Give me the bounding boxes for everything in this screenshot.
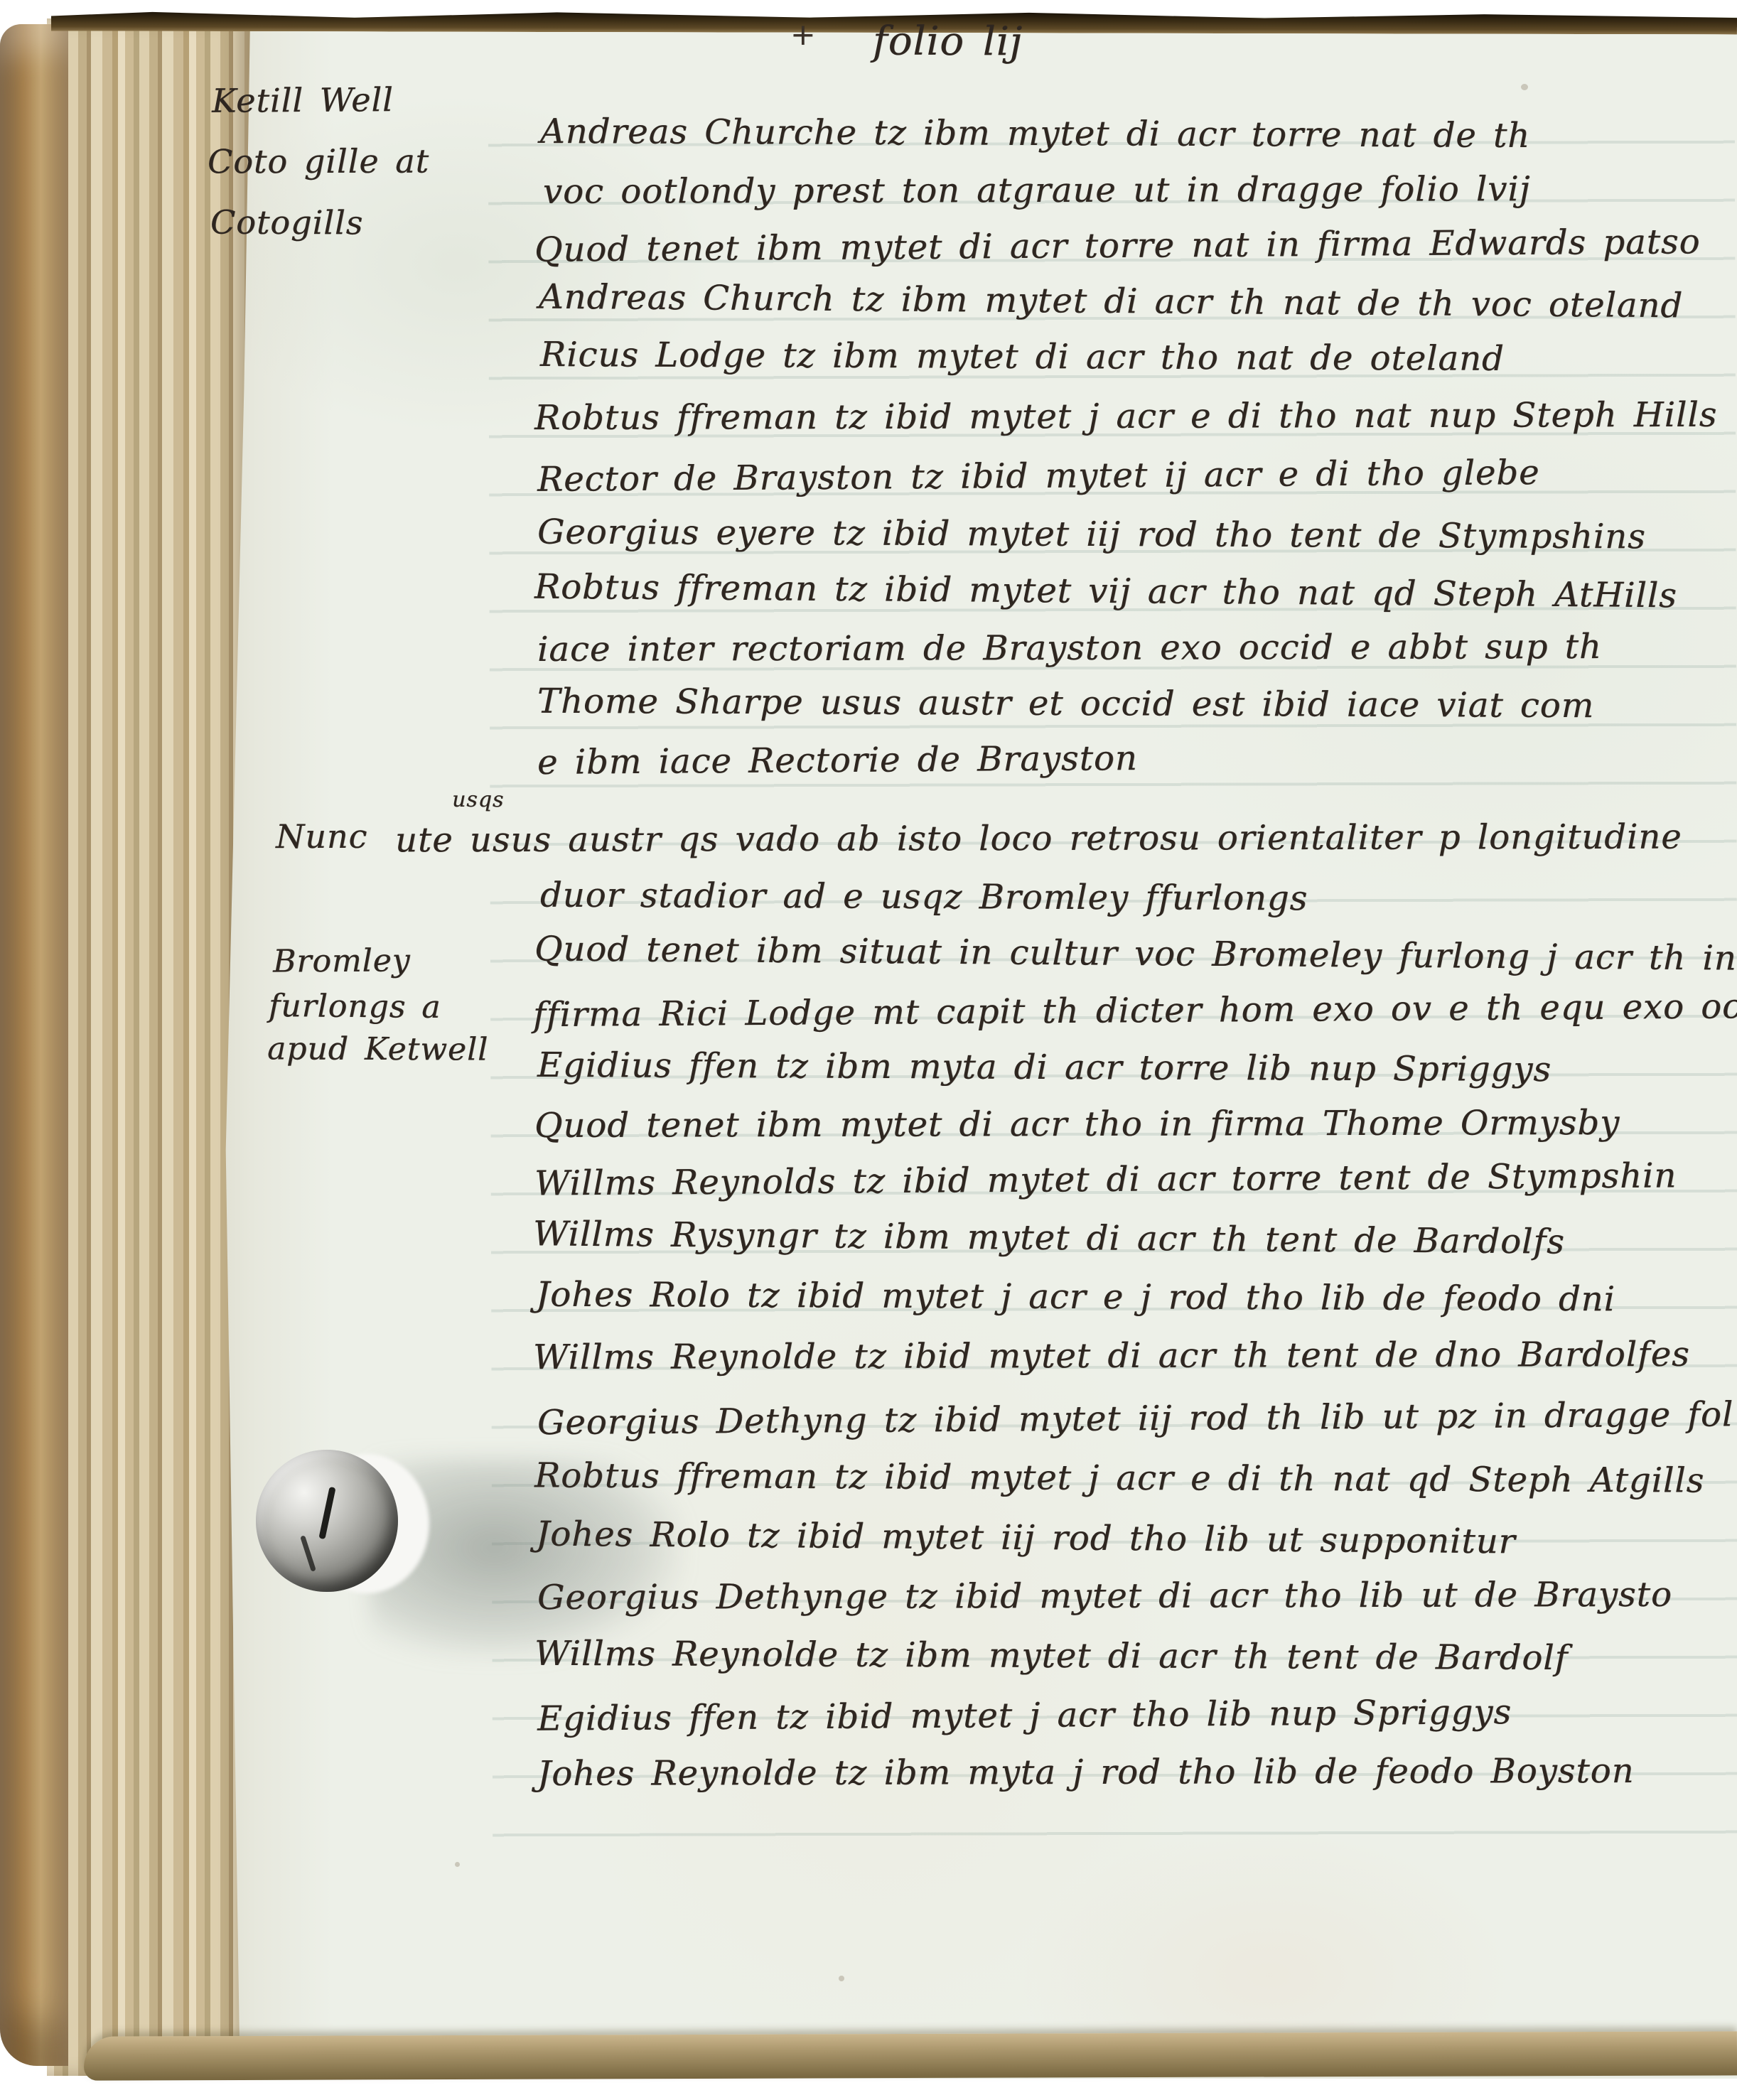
main-text-line: Willms Reynolde tz ibid mytet di acr th … <box>533 1333 1690 1379</box>
fox-spot <box>455 1862 460 1867</box>
main-text-line: Quod tenet ibm mytet di acr torre nat in… <box>534 220 1701 271</box>
stacked-leaf-edges <box>47 18 250 2076</box>
fox-spot <box>1521 84 1528 90</box>
main-text-line: Willms Reynolds tz ibid mytet di acr tor… <box>534 1154 1677 1205</box>
margin-note-bromley-line: furlongs a <box>269 987 441 1027</box>
main-text-line: Egidius ffen tz ibm myta di acr torre li… <box>537 1044 1552 1091</box>
main-text-line: Andreas Churche tz ibm mytet di acr torr… <box>540 110 1530 157</box>
main-text-line: Robtus ffreman tz ibid mytet j acr e di … <box>534 1454 1705 1502</box>
main-text-line: Robtus ffreman tz ibid mytet vij acr tho… <box>534 566 1677 618</box>
main-text-line: Georgius eyere tz ibid mytet iij rod tho… <box>537 511 1646 559</box>
main-text-line: voc ootlondy prest ton atgraue ut in dra… <box>543 168 1531 213</box>
manuscript-page-photo: + folio lij Ketill Well Coto gille at Co… <box>0 0 1737 2100</box>
main-text-line: Georgius Dethynge tz ibid mytet di acr t… <box>537 1573 1672 1619</box>
main-text-line: Quod tenet ibm mytet di acr tho in firma… <box>534 1102 1620 1147</box>
main-text-line: Johes Rolo tz ibid mytet iij rod tho lib… <box>536 1513 1516 1563</box>
margin-note-nunc: Nunc <box>276 816 367 857</box>
main-text-line: Willms Rysyngr tz ibm mytet di acr th te… <box>533 1212 1565 1263</box>
fox-spot <box>839 1976 844 1981</box>
bottom-page-edge <box>84 2031 1737 2080</box>
margin-note-cotohills-line: Coto gille at <box>208 141 429 183</box>
main-text-line: Willms Reynolde tz ibm mytet di acr th t… <box>534 1632 1569 1679</box>
main-text-line: ute usus austr qs vado ab isto loco retr… <box>395 816 1682 862</box>
main-text-line: Thome Sharpe usus austr et occid est ibi… <box>537 680 1594 727</box>
main-text-line: e ibm iace Rectorie de Brayston <box>537 737 1138 784</box>
main-text-line: iace inter rectoriam de Brayston exo occ… <box>537 625 1602 671</box>
main-text-line: Rector de Brayston tz ibid mytet ij acr … <box>537 451 1540 501</box>
top-cross-mark: + <box>790 17 816 52</box>
main-text-line: Egidius ffen tz ibid mytet j acr tho lib… <box>537 1691 1512 1740</box>
main-text-line: Johes Reynolde tz ibm myta j rod tho lib… <box>537 1750 1635 1795</box>
margin-note-cotohills-line: Cotogills <box>210 202 364 244</box>
margin-note-bromley-line: apud Ketwell <box>267 1030 488 1069</box>
main-text-line: Robtus ffreman tz ibid mytet j acr e di … <box>534 394 1717 439</box>
main-text-line: Johes Rolo tz ibid mytet j acr e j rod t… <box>536 1274 1615 1321</box>
main-text-line: Ricus Lodge tz ibm mytet di acr tho nat … <box>540 333 1505 380</box>
main-text-line: Georgius Dethyng tz ibid mytet iij rod t… <box>537 1393 1737 1444</box>
main-text-line: ffirma Rici Lodge mt capit th dicter hom… <box>533 985 1737 1036</box>
metal-boss-stud <box>256 1450 398 1592</box>
margin-note-bromley-line: Bromley <box>273 942 411 981</box>
interlinear-insertion: usqs <box>452 787 504 812</box>
folio-label: folio lij <box>873 18 1023 65</box>
main-text-line: Andreas Church tz ibm mytet di acr th na… <box>539 276 1683 328</box>
margin-note-cotohills-line: Ketill Well <box>212 79 394 122</box>
leather-board-edge <box>0 24 68 2066</box>
main-text-line: duor stadior ad e usqz Bromley ffurlongs <box>540 874 1308 920</box>
